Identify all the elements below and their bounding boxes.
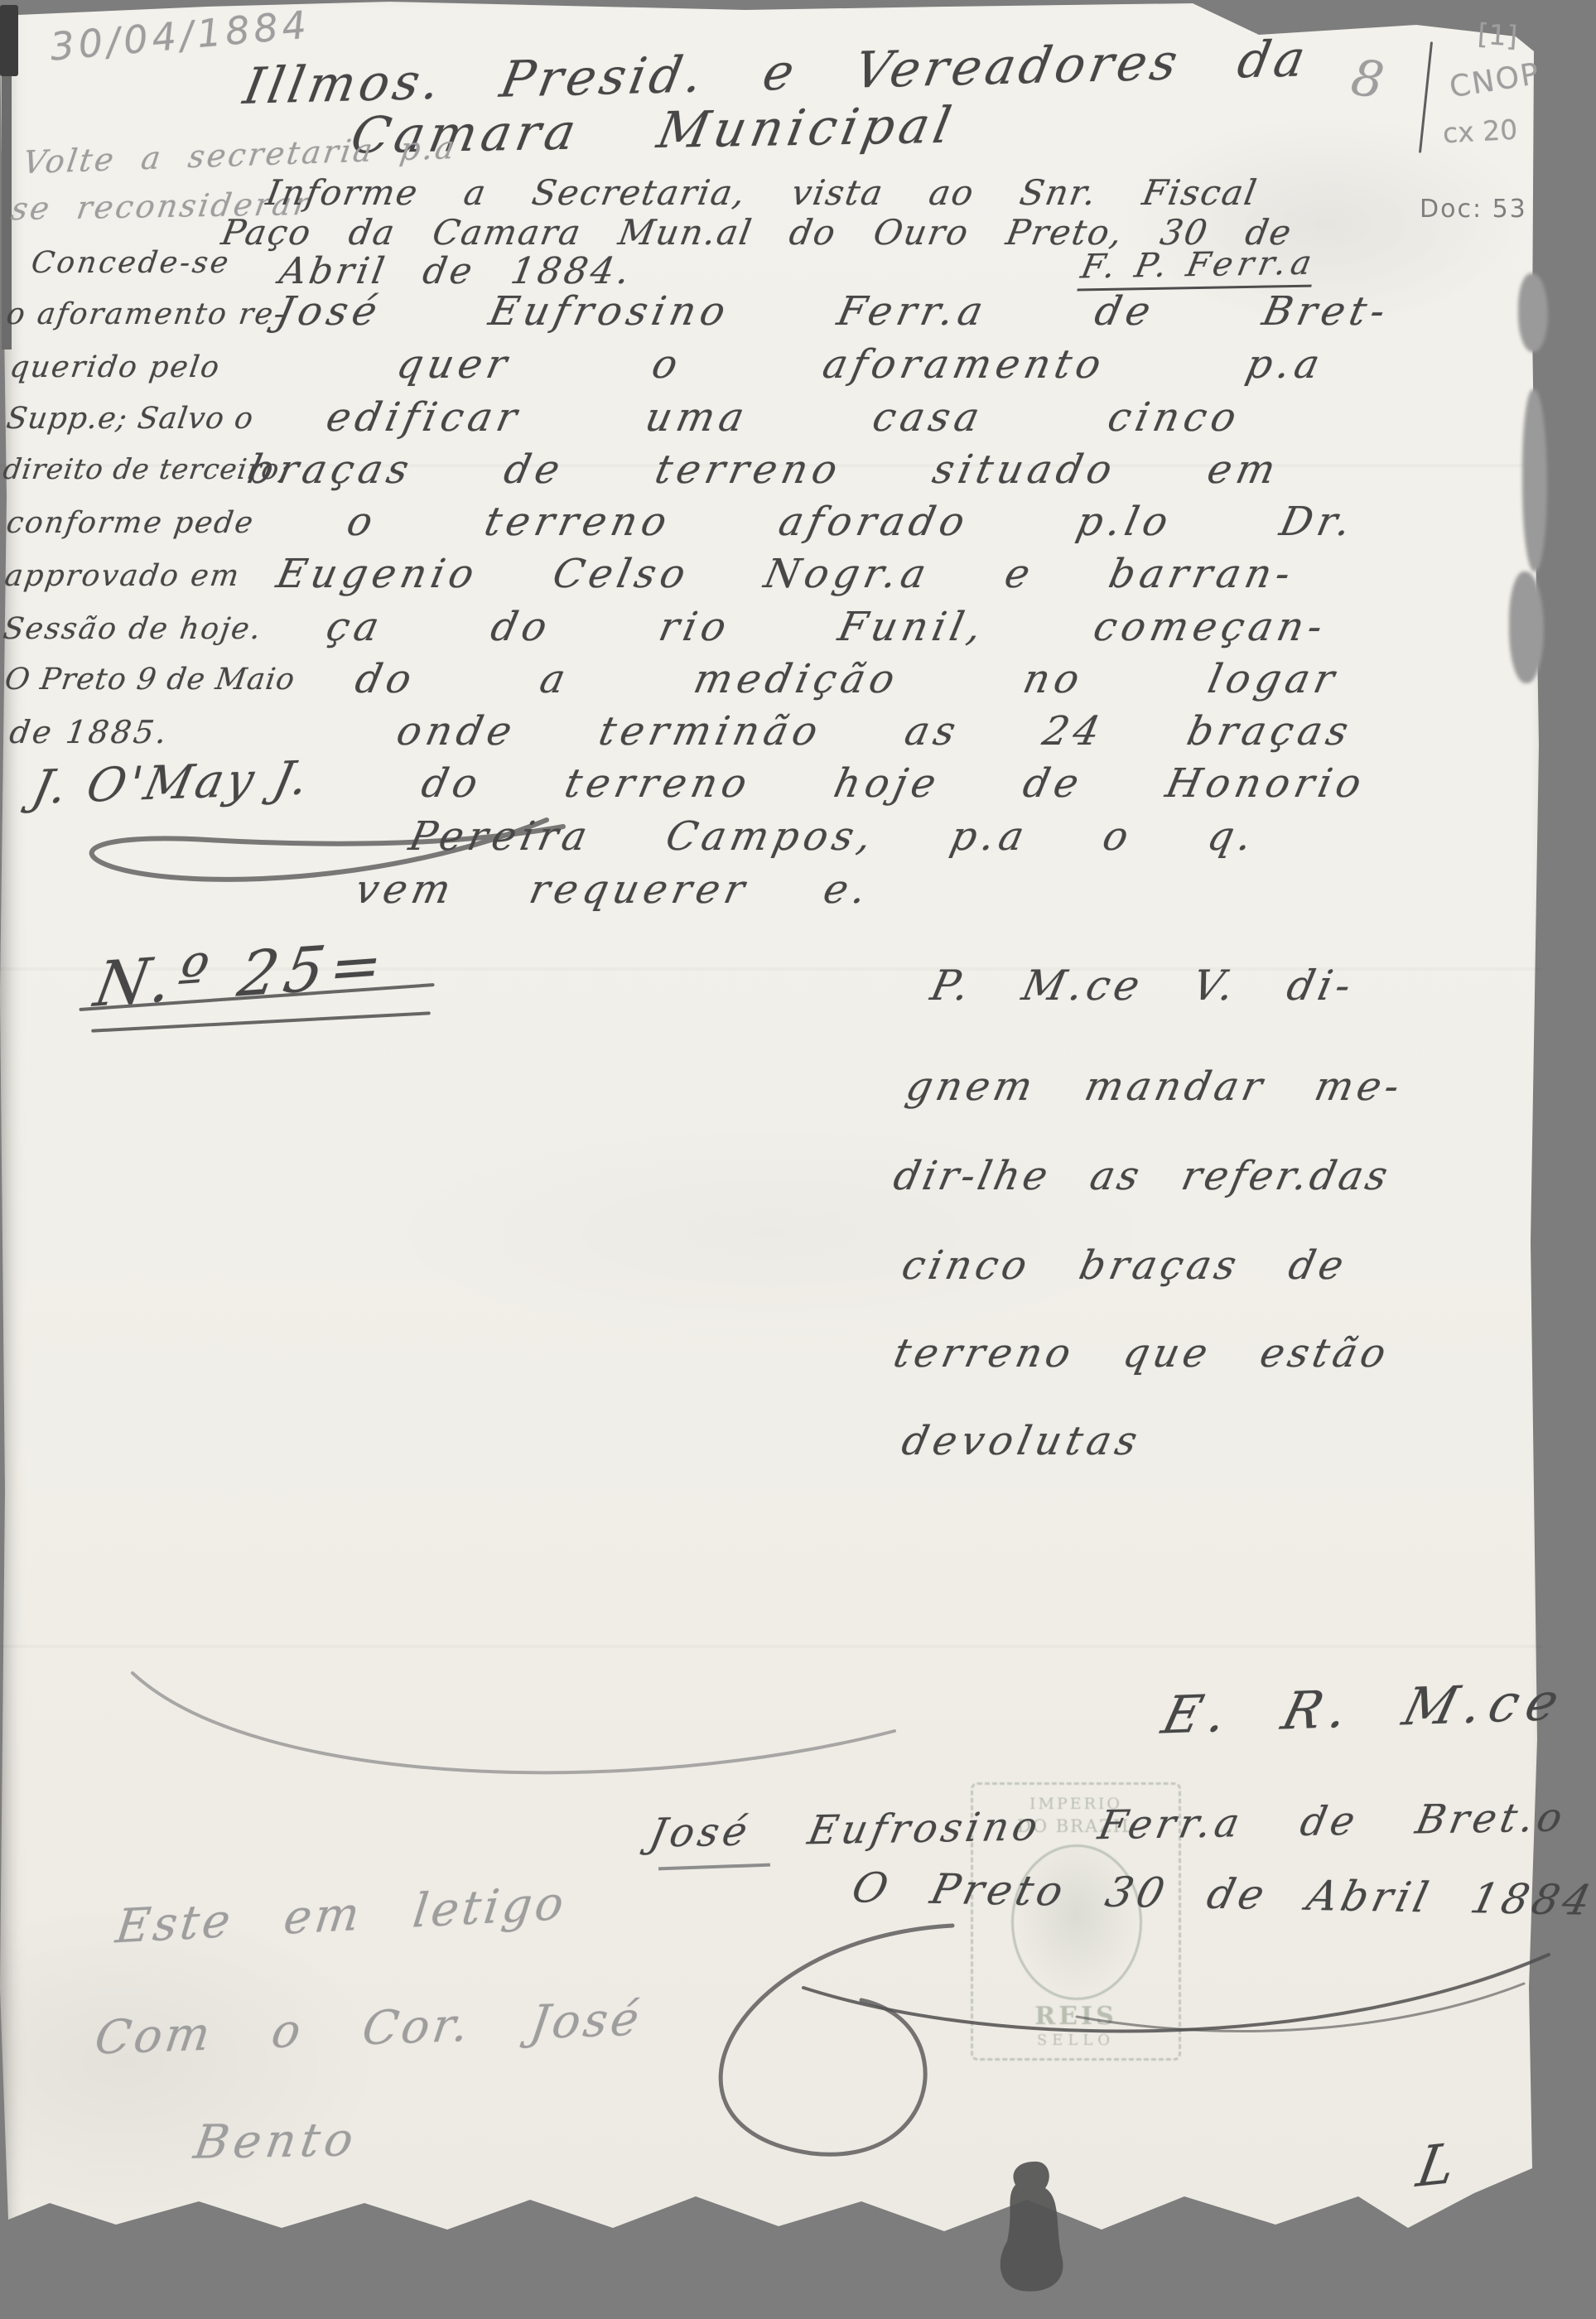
pencil-bottom-note-line-3: Bento (191, 2117, 361, 2167)
request-line: cinco braças de (899, 1246, 1351, 1285)
margin-decision-line: o aforamento re- (4, 300, 287, 330)
archive-doc-number: Doc: 53 (1420, 197, 1527, 222)
petition-line: braças de terreno situado em (244, 450, 1284, 489)
margin-decision-signature: J. O'May J. (28, 755, 316, 812)
petition-line: José Eufrosino Ferr.a de Bret- (273, 292, 1394, 331)
margin-decision-line: approvado em (2, 562, 242, 591)
pencil-flourish-curve (124, 1636, 919, 1810)
secretary-order-line-3: Abril de 1884. (277, 253, 635, 290)
margin-decision-line: Supp.e; Salvo o (4, 404, 255, 434)
petition-line: edificar uma casa cinco (323, 398, 1245, 437)
archive-box-number: cx 20 (1442, 116, 1518, 147)
petition-line: quer o aforamento p.a (393, 345, 1328, 384)
margin-decision-line: Sessão de hoje. (1, 615, 263, 644)
margin-decision-line: Concede-se (29, 248, 232, 278)
request-line: terreno que estão (890, 1333, 1393, 1373)
secretary-order-line-1: Informe a Secretaria, vista ao Snr. Fisc… (263, 176, 1260, 210)
ink-blot (994, 2160, 1085, 2309)
petition-line: do terreno hoje de Honorio (418, 764, 1370, 803)
petition-line: o terreno aforado p.lo Dr. (344, 502, 1359, 542)
margin-decision-line: querido pelo (7, 353, 222, 383)
paper-damage-patch (1522, 389, 1547, 571)
petition-line: ça do rio Funil, começan- (323, 607, 1331, 647)
margin-decision-line: O Preto 9 de Maio (2, 665, 297, 695)
petition-line: do a medição no logar (352, 659, 1343, 699)
loop-flourish (613, 1905, 977, 2178)
secretary-order-line-2: Paço da Camara Mun.al do Ouro Preto, 30 … (219, 215, 1295, 250)
paper-damage-patch (1509, 571, 1544, 683)
request-line: gnem mandar me- (903, 1067, 1407, 1106)
petition-line: vem requerer e. (352, 870, 875, 909)
margin-decision-line: conforme pede (4, 509, 256, 538)
corner-mark-icon (0, 5, 18, 76)
archive-bracket-number: [1] (1477, 20, 1518, 51)
request-line: devolutas (899, 1421, 1145, 1461)
petition-line: onde terminão as 24 braças (393, 711, 1357, 751)
scanned-document: 30/04/1884 8 [1] CNOP cx 20 Doc: 53 Illm… (0, 0, 1596, 2319)
petition-line: Eugenio Celso Nogr.a e barran- (273, 554, 1299, 594)
petition-line: Pereira Campos, p.a o q. (406, 817, 1261, 856)
request-line: P. M.ce V. di- (928, 965, 1359, 1006)
margin-decision-line: de 1885. (7, 716, 171, 748)
paper-damage-patch (1518, 273, 1548, 352)
secretary-signature: F. P. Ferr.a (1077, 246, 1319, 291)
erm-abbreviation: E. R. M.ce (1157, 1675, 1572, 1742)
request-line: dir-lhe as refer.das (890, 1156, 1394, 1196)
